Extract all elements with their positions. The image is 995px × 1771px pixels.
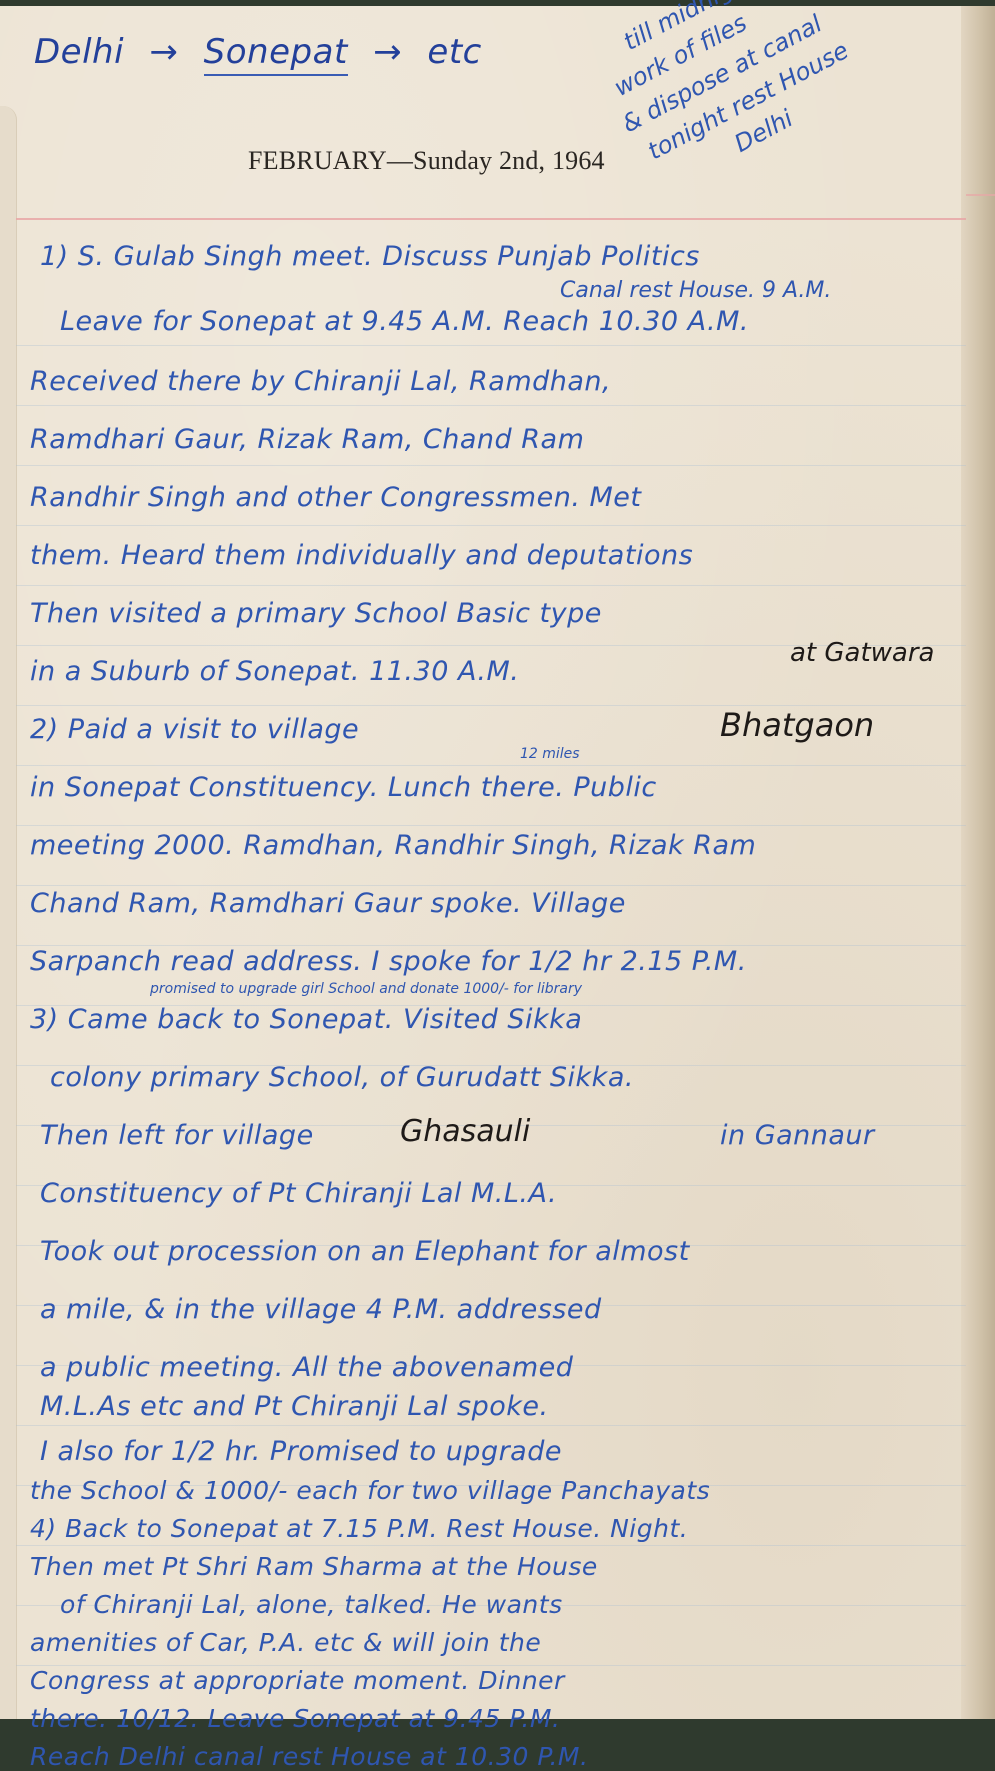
entry-line: Then left for village	[40, 1120, 314, 1151]
entry-line: a public meeting. All the abovenamed	[40, 1352, 573, 1383]
entry-line: I also for 1/2 hr. Promised to upgrade	[40, 1436, 562, 1467]
entry-insert: Bhatgaon	[720, 706, 874, 744]
entry-line: Randhir Singh and other Congressmen. Met	[30, 482, 641, 513]
entry-line: Ramdhari Gaur, Rizak Ram, Chand Ram	[30, 424, 584, 455]
entry-line: a mile, & in the village 4 P.M. addresse…	[40, 1294, 602, 1325]
entry-line: of Chiranji Lal, alone, talked. He wants	[60, 1590, 563, 1619]
entry-line: there. 10/12. Leave Sonepat at 9.45 P.M.	[30, 1704, 560, 1719]
entry-line: in a Suburb of Sonepat. 11.30 A.M.	[30, 656, 519, 687]
entry-line: Constituency of Pt Chiranji Lal M.L.A.	[40, 1178, 557, 1209]
arrow-icon: →	[373, 32, 402, 72]
printed-date-header: FEBRUARY—Sunday 2nd, 1964	[248, 146, 605, 176]
route-from: Delhi	[34, 32, 124, 72]
entry-line: colony primary School, of Gurudatt Sikka…	[50, 1062, 634, 1093]
route-heading: Delhi → Sonepat → etc	[34, 32, 482, 72]
header-rule	[16, 218, 966, 220]
entry-line: Then visited a primary School Basic type	[30, 598, 602, 629]
diary-page: Delhi → Sonepat → etc till midnight work…	[0, 6, 995, 1719]
entry-line: 4) Back to Sonepat at 7.15 P.M. Rest Hou…	[30, 1514, 688, 1543]
entry-line: Then met Pt Shri Ram Sharma at the House	[30, 1552, 598, 1581]
entry-insert: Ghasauli	[400, 1114, 530, 1149]
entry-line: 2) Paid a visit to village	[30, 714, 359, 745]
page-margin-edge	[0, 106, 17, 1719]
entry-line: in Sonepat Constituency. Lunch there. Pu…	[30, 772, 657, 803]
entry-line: Chand Ram, Ramdhari Gaur spoke. Village	[30, 888, 626, 919]
entry-line: Took out procession on an Elephant for a…	[40, 1236, 690, 1267]
entry-line: them. Heard them individually and deputa…	[30, 540, 693, 571]
entry-line: M.L.As etc and Pt Chiranji Lal spoke.	[40, 1391, 549, 1422]
entry-subnote: Canal rest House. 9 A.M.	[560, 278, 831, 303]
entry-subnote: 12 miles	[520, 746, 580, 762]
entry-line-tail: in Gannaur	[720, 1120, 875, 1151]
binding-shadow	[961, 6, 995, 1719]
entry-line: amenities of Car, P.A. etc & will join t…	[30, 1628, 541, 1657]
header-rule-next-page	[966, 194, 995, 196]
route-via: Sonepat	[204, 32, 348, 76]
entry-line: Sarpanch read address. I spoke for 1/2 h…	[30, 946, 747, 977]
entry-line: Received there by Chiranji Lal, Ramdhan,	[30, 366, 611, 397]
route-to: etc	[427, 32, 481, 72]
entry-line: 3) Came back to Sonepat. Visited Sikka	[30, 1004, 582, 1035]
entry-subnote: promised to upgrade girl School and dona…	[150, 981, 582, 997]
entry-line: the School & 1000/- each for two village…	[30, 1476, 710, 1505]
entry-line: Congress at appropriate moment. Dinner	[30, 1666, 565, 1695]
entry-line: Leave for Sonepat at 9.45 A.M. Reach 10.…	[60, 306, 749, 337]
entry-line: 1) S. Gulab Singh meet. Discuss Punjab P…	[40, 241, 700, 272]
entry-insert: at Gatwara	[790, 638, 935, 668]
arrow-icon: →	[149, 32, 178, 72]
entry-line: meeting 2000. Ramdhan, Randhir Singh, Ri…	[30, 830, 756, 861]
